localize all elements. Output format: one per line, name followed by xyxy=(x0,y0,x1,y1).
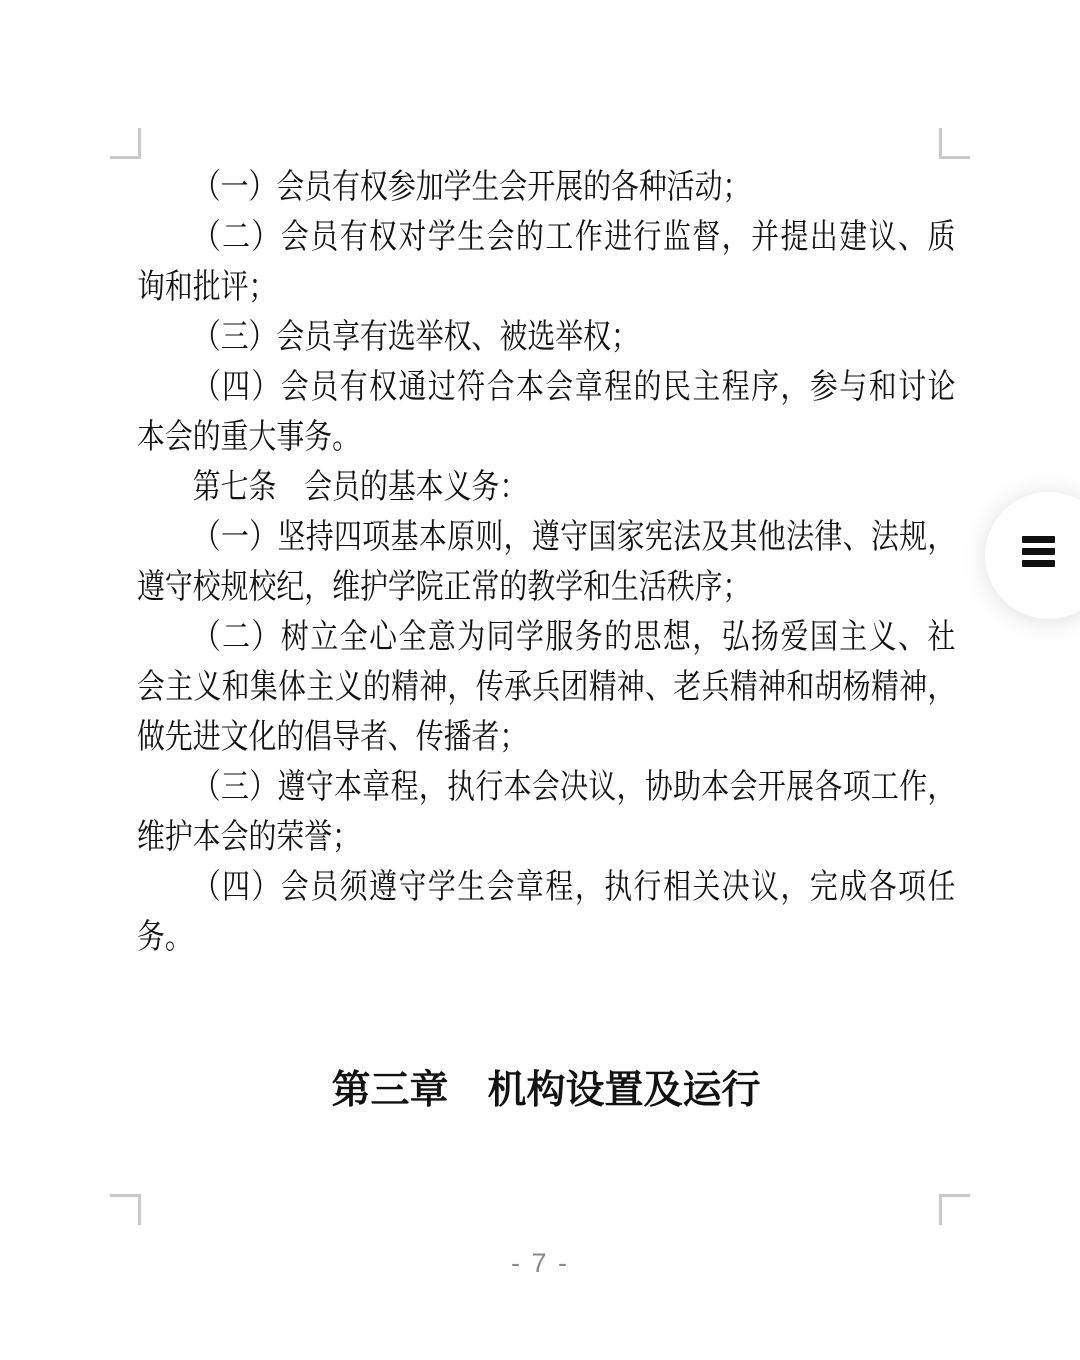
text-line: 会主义和集体主义的精神，传承兵团精神、老兵精神和胡杨精神， xyxy=(137,662,955,712)
text-line: 遵守校规校纪，维护学院正常的教学和生活秩序； xyxy=(137,562,955,612)
text-line: 做先进文化的倡导者、传播者； xyxy=(137,712,955,762)
page-number: - 7 - xyxy=(0,1248,1080,1279)
document-body: （一）会员有权参加学生会开展的各种活动；（二）会员有权对学生会的工作进行监督，并… xyxy=(137,162,1080,962)
text-line: （三）遵守本章程，执行本会决议，协助本会开展各项工作， xyxy=(137,762,955,812)
text-boundary-mark-top-right xyxy=(939,128,970,159)
text-line: 本会的重大事务。 xyxy=(137,412,955,462)
document-page: （一）会员有权参加学生会开展的各种活动；（二）会员有权对学生会的工作进行监督，并… xyxy=(0,0,1080,1360)
text-line: （三）会员享有选举权、被选举权； xyxy=(137,312,955,362)
text-line: 务。 xyxy=(137,912,955,962)
text-line: （四）会员有权通过符合本会章程的民主程序，参与和讨论 xyxy=(137,362,955,412)
hamburger-bar xyxy=(1022,548,1055,555)
text-line: 询和批评； xyxy=(137,262,955,312)
hamburger-menu-icon xyxy=(1022,536,1055,567)
text-boundary-mark-bottom-right xyxy=(939,1194,970,1225)
text-line: （二）会员有权对学生会的工作进行监督，并提出建议、质 xyxy=(137,212,955,262)
text-line: （一）会员有权参加学生会开展的各种活动； xyxy=(137,162,955,212)
text-line: （四）会员须遵守学生会章程，执行相关决议，完成各项任 xyxy=(137,862,955,912)
text-line: 维护本会的荣誉； xyxy=(137,812,955,862)
text-boundary-mark-top-left xyxy=(110,128,141,159)
hamburger-bar xyxy=(1022,560,1055,567)
text-line: （一）坚持四项基本原则，遵守国家宪法及其他法律、法规， xyxy=(137,512,955,562)
hamburger-bar xyxy=(1022,536,1055,543)
text-line: （二）树立全心全意为同学服务的思想，弘扬爱国主义、社 xyxy=(137,612,955,662)
text-boundary-mark-bottom-left xyxy=(110,1194,141,1225)
text-line: 第七条 会员的基本义务： xyxy=(137,462,955,512)
chapter-heading: 第三章 机构设置及运行 xyxy=(137,1062,955,1120)
